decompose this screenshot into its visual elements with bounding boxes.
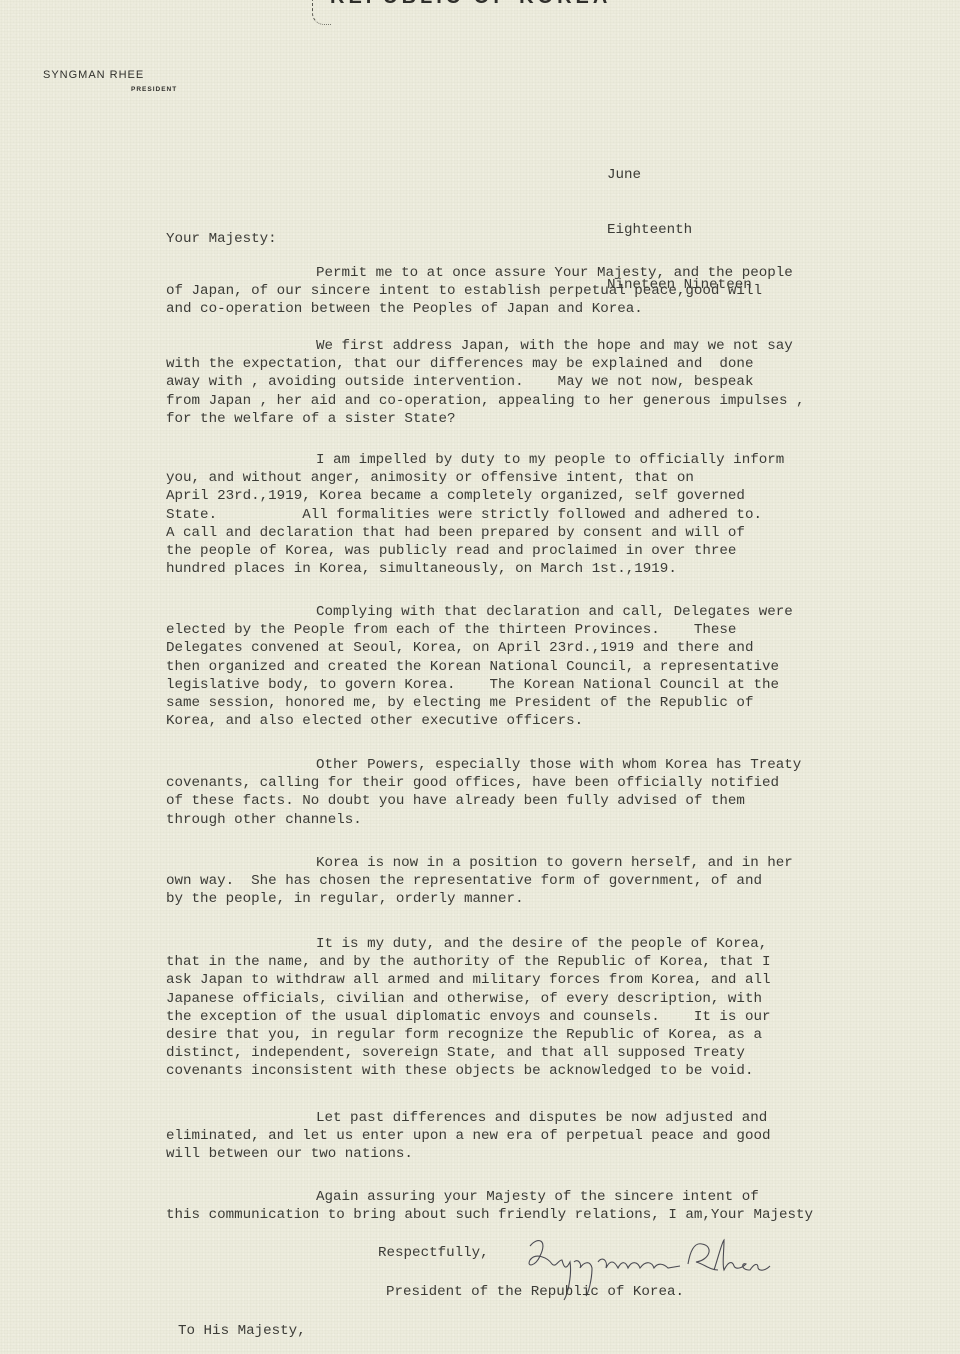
paragraph-line: for the welfare of a sister State? bbox=[166, 410, 805, 428]
paragraph: Other Powers, especially those with whom… bbox=[166, 756, 801, 829]
paragraph-line: the exception of the usual diplomatic en… bbox=[166, 1008, 771, 1026]
signatory-title: President of the Republic of Korea. bbox=[386, 1283, 684, 1301]
paragraph-line: away with , avoiding outside interventio… bbox=[166, 373, 805, 391]
letterhead-title: REPUBLIC OF KOREA bbox=[330, 0, 611, 9]
date-month: June bbox=[607, 166, 752, 184]
salutation: Your Majesty: bbox=[166, 230, 277, 248]
paragraph-line: distinct, independent, sovereign State, … bbox=[166, 1044, 771, 1062]
paragraph-line: Complying with that declaration and call… bbox=[166, 603, 793, 621]
paragraph-line: you, and without anger, animosity or off… bbox=[166, 469, 784, 487]
paragraph-line: same session, honored me, by electing me… bbox=[166, 694, 793, 712]
paragraph-line: Korea is now in a position to govern her… bbox=[166, 854, 793, 872]
paragraph-line: from Japan , her aid and co-operation, a… bbox=[166, 392, 805, 410]
paragraph-line: We first address Japan, with the hope an… bbox=[166, 337, 805, 355]
paragraph-line: Let past differences and disputes be now… bbox=[166, 1109, 771, 1127]
date-day: Eighteenth bbox=[607, 221, 752, 239]
paragraph-line: of Japan, of our sincere intent to estab… bbox=[166, 282, 793, 300]
paragraph: Again assuring your Majesty of the since… bbox=[166, 1188, 813, 1224]
paragraph-line: own way. She has chosen the representati… bbox=[166, 872, 793, 890]
paragraph-line: that in the name, and by the authority o… bbox=[166, 953, 771, 971]
paragraph-line: Delegates convened at Seoul, Korea, on A… bbox=[166, 639, 793, 657]
paragraph-line: covenants, calling for their good office… bbox=[166, 774, 801, 792]
paragraph: I am impelled by duty to my people to of… bbox=[166, 451, 784, 578]
paragraph-line: of these facts. No doubt you have alread… bbox=[166, 792, 801, 810]
recipient-line: To His Majesty, bbox=[178, 1322, 306, 1340]
paragraph-line: this communication to bring about such f… bbox=[166, 1206, 813, 1224]
paragraph-line: desire that you, in regular form recogni… bbox=[166, 1026, 771, 1044]
paragraph-line: through other channels. bbox=[166, 811, 801, 829]
paragraph: It is my duty, and the desire of the peo… bbox=[166, 935, 771, 1081]
paragraph-line: hundred places in Korea, simultaneously,… bbox=[166, 560, 784, 578]
paragraph-line: State. All formalities were strictly fol… bbox=[166, 506, 784, 524]
paragraph-line: ask Japan to withdraw all armed and mili… bbox=[166, 971, 771, 989]
paragraph-line: elected by the People from each of the t… bbox=[166, 621, 793, 639]
paragraph: Permit me to at once assure Your Majesty… bbox=[166, 264, 793, 319]
paragraph-line: eliminated, and let us enter upon a new … bbox=[166, 1127, 771, 1145]
paragraph-line: covenants inconsistent with these object… bbox=[166, 1062, 771, 1080]
paragraph-line: April 23rd.,1919, Korea became a complet… bbox=[166, 487, 784, 505]
paragraph-line: I am impelled by duty to my people to of… bbox=[166, 451, 784, 469]
paragraph: Let past differences and disputes be now… bbox=[166, 1109, 771, 1164]
paragraph: Korea is now in a position to govern her… bbox=[166, 854, 793, 909]
paragraph-line: Other Powers, especially those with whom… bbox=[166, 756, 801, 774]
paragraph-line: then organized and created the Korean Na… bbox=[166, 658, 793, 676]
paragraph-line: legislative body, to govern Korea. The K… bbox=[166, 676, 793, 694]
paragraph: Complying with that declaration and call… bbox=[166, 603, 793, 730]
letterhead-role: PRESIDENT bbox=[131, 86, 177, 93]
paragraph-line: Japanese officials, civilian and otherwi… bbox=[166, 990, 771, 1008]
paragraph-line: Korea, and also elected other executive … bbox=[166, 712, 793, 730]
paragraph-line: will between our two nations. bbox=[166, 1145, 771, 1163]
letterhead-name: SYNGMAN RHEE bbox=[43, 69, 144, 81]
valediction: Respectfully, bbox=[378, 1244, 489, 1262]
paragraph-line: A call and declaration that had been pre… bbox=[166, 524, 784, 542]
paragraph-line: the people of Korea, was publicly read a… bbox=[166, 542, 784, 560]
letter-page: REPUBLIC OF KOREA SYNGMAN RHEE PRESIDENT… bbox=[0, 0, 960, 1354]
paragraph-line: with the expectation, that our differenc… bbox=[166, 355, 805, 373]
paragraph-line: Permit me to at once assure Your Majesty… bbox=[166, 264, 793, 282]
paragraph-line: by the people, in regular, orderly manne… bbox=[166, 890, 793, 908]
paragraph: We first address Japan, with the hope an… bbox=[166, 337, 805, 428]
paragraph-line: and co-operation between the Peoples of … bbox=[166, 300, 793, 318]
paragraph-line: It is my duty, and the desire of the peo… bbox=[166, 935, 771, 953]
paragraph-line: Again assuring your Majesty of the since… bbox=[166, 1188, 813, 1206]
seal-mark-icon bbox=[312, 0, 331, 25]
